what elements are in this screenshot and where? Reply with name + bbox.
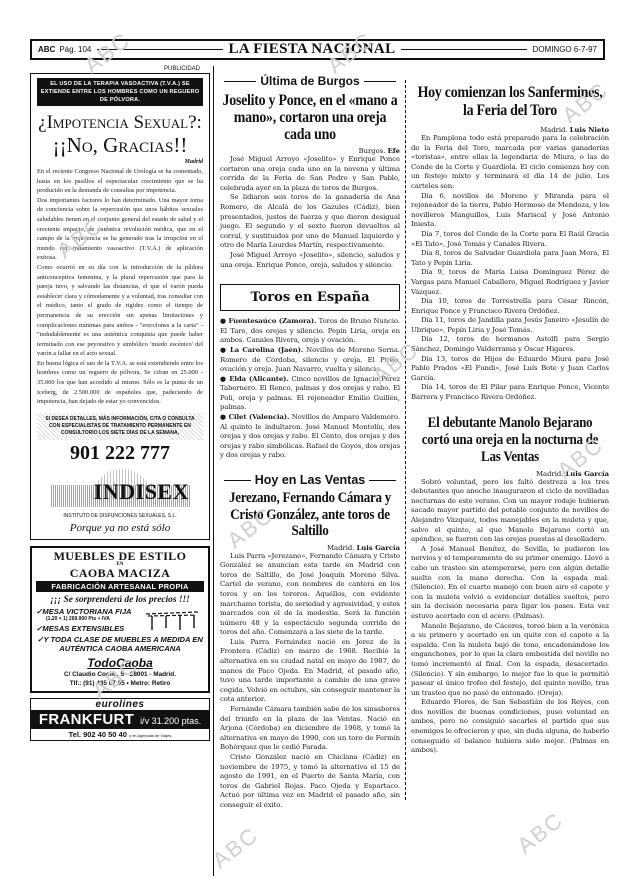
furniture-title-line1: MUEBLES DE ESTILO (36, 550, 204, 562)
eurolines-ad: eurolines FRANKFURT i/v 31.200 ptas. Tel… (30, 698, 210, 741)
ad-paragraph: En el reciente Congreso Nacional de Urol… (37, 167, 203, 196)
list-item-place: La Carolina (Jaén). (230, 346, 303, 354)
bejarano-body: Sobró voluntad, pero les faltó destreza … (411, 478, 609, 756)
ad-headline-line1: ¿Impotencia Sexual?: (37, 112, 203, 134)
page-reference: ABCPág. 104 (38, 45, 91, 54)
right-column: Hoy comienzan los Sanfermines, la Feria … (411, 84, 609, 756)
watermark: ABC (207, 822, 263, 874)
article-paragraph: Día 14, toros de El Pilar para Enrique P… (411, 383, 609, 402)
page-number: Pág. 104 (59, 45, 91, 54)
list-item-place: Fuentesaúco (Zamora). (228, 317, 316, 325)
list-item: ● La Carolina (Jaén). Novillos de Moreno… (220, 346, 400, 375)
kicker-rule (364, 81, 396, 82)
list-item: ● Cilet (Valencia). Novillos de Amparo V… (220, 413, 400, 461)
ad-slogan: Porque ya no está sólo (37, 522, 203, 534)
article-paragraph: José Miguel Arroyo «Joselito» y Enrique … (220, 155, 400, 193)
eurolines-logo: eurolines (31, 699, 209, 710)
sanfermines-headline: Hoy comienzan los Sanfermines, la Feria … (416, 84, 605, 120)
bejarano-byline: Madrid. Luis García (411, 470, 609, 478)
ventas-kicker: Hoy en Las Ventas (220, 473, 400, 487)
article-paragraph: José Miguel Arroyo «Joselito», silencio,… (220, 251, 400, 270)
furniture-brand: TodoCaoba (36, 656, 204, 670)
header-rule-right (401, 49, 526, 50)
article-paragraph: Día 8, toros de Salvador Guardiola para … (411, 249, 609, 268)
article-paragraph: Día 9, toros de María Luisa Domínguez Pé… (411, 268, 609, 297)
byline-agency: Efe (388, 147, 400, 155)
article-paragraph: Cristo González nació en Chiclana (Cádiz… (220, 753, 400, 811)
ad-paragraph: En buena lógica el uso de la T.V.A. se e… (37, 359, 203, 407)
article-paragraph: Día 12, toros de hermanos Astolfi para S… (411, 335, 609, 354)
list-item-place: Cilet (Valencia). (229, 413, 290, 421)
middle-column: Última de Burgos Joselito y Ponce, en el… (220, 74, 400, 811)
kicker-text: Hoy en Las Ventas (255, 473, 365, 487)
furniture-item-label: ✓MESAS EXTENSIBLES (36, 624, 124, 633)
byline-author: Luis García (357, 544, 400, 552)
article-paragraph: Sobró voluntad, pero les faltó destreza … (411, 478, 609, 545)
advertising-label: PUBLICIDAD (30, 66, 210, 72)
article-paragraph: Día 11, toros de Jandilla para Jesús Jan… (411, 316, 609, 335)
ad-headline-line2: ¡¡No, Gracias!! (37, 134, 203, 156)
travel-contact: Tel. 902 40 50 40 y en Agencias de Viaje… (31, 729, 209, 740)
ad-paragraph: Como ocurrió en su día con la introducci… (37, 263, 203, 359)
ventas-body: Luis Parra «Jerezano», Fernando Cámara y… (220, 552, 400, 811)
ad-banner: EL USO DE LA TERAPIA VASOACTIVA (T.V.A.)… (37, 78, 203, 106)
burgos-kicker: Última de Burgos (220, 74, 400, 88)
article-paragraph: Manolo Bejarano, de Cáceres, toreó bien … (411, 622, 609, 699)
article-paragraph: Luis Parra Fernández nació en Jerez de l… (220, 638, 400, 705)
impotence-ad: EL USO DE LA TERAPIA VASOACTIVA (T.V.A.)… (30, 73, 210, 540)
byline-city: Burgos. (359, 147, 386, 155)
article-paragraph: Luis Parra «Jerezano», Fernando Cámara y… (220, 552, 400, 638)
article-paragraph: Día 10, toros de Torrestrella para César… (411, 297, 609, 316)
travel-offer: FRANKFURT i/v 31.200 ptas. (31, 710, 209, 729)
ad-institute: INSTITUTO DE DISFUNCIONES SEXUALES, S.L. (37, 513, 203, 519)
travel-destination: FRANKFURT (39, 711, 134, 728)
travel-phone[interactable]: Tel. 902 40 50 40 (69, 730, 127, 739)
kicker-rule (224, 81, 256, 82)
byline-city: Madrid. (540, 126, 567, 134)
list-item-place: Elda (Alicante). (229, 375, 288, 383)
ad-brand-name: INDISEX (94, 479, 189, 505)
column-divider (405, 80, 406, 800)
furniture-subtitle: ¡¡¡ Se sorprenderá de los precios !!! (36, 595, 204, 605)
toros-espana-box: Toros en España (220, 284, 400, 311)
column-divider (213, 66, 214, 876)
kicker-rule (224, 480, 251, 481)
burgos-byline: Burgos. Efe (220, 147, 400, 155)
ad-body: En el reciente Congreso Nacional de Urol… (37, 167, 203, 407)
list-item: ● Fuentesaúco (Zamora). Toros de Bruno N… (220, 317, 400, 346)
furniture-address: C/ Claudio Coello, 5 • 28001 - Madrid. (36, 671, 204, 679)
ventas-headline: Jerezano, Fernando Cámara y Cristo Gonzá… (222, 490, 398, 540)
byline-author: Luis García (566, 470, 609, 478)
advertising-column: PUBLICIDAD EL USO DE LA TERAPIA VASOACTI… (30, 66, 210, 741)
article-paragraph: Día 7, toros del Conde de la Corte para … (411, 230, 609, 249)
ad-call-to-action: SI DESEA DETALLES, MÁS INFORMACIÓN, CITA… (37, 413, 203, 440)
article-paragraph: Día 13, toros de Hijos de Eduardo Miura … (411, 355, 609, 384)
article-paragraph: En Pamplona todo está preparado para la … (411, 134, 609, 192)
indisex-logo: INDISEX (37, 469, 203, 511)
issue-date: DOMINGO 6-7-97 (533, 45, 597, 54)
toros-espana-list: ● Fuentesaúco (Zamora). Toros de Bruno N… (220, 317, 400, 461)
section-title: LA FIESTA NACIONAL (229, 41, 396, 58)
kicker-text: Última de Burgos (260, 74, 359, 88)
travel-price: i/v 31.200 ptas. (140, 716, 201, 726)
byline-city: Madrid. (327, 544, 354, 552)
furniture-item-label: ✓MESA VICTORIANA FIJA (36, 607, 132, 616)
article-paragraph: Fernando Cámara también sabe de los sins… (220, 705, 400, 753)
byline-author: Luis Nieto (570, 126, 609, 134)
byline-city: Madrid. (536, 470, 563, 478)
burgos-body: José Miguel Arroyo «Joselito» y Enrique … (220, 155, 400, 270)
publication-name: ABC (38, 45, 55, 54)
ad-phone-number[interactable]: 901 222 777 (37, 442, 203, 465)
ventas-byline: Madrid. Luis García (220, 544, 400, 552)
travel-phone-note: y en Agencias de Viajes (129, 733, 171, 738)
table-illustration-icon (144, 610, 200, 632)
furniture-item-label: ✓Y TODA CLASE DE MUEBLES A MEDIDA EN AUT… (37, 635, 203, 653)
ad-headline: ¿Impotencia Sexual?: ¡¡No, Gracias!! (37, 112, 203, 156)
article-paragraph: Se lidiaron seis toros de la ganadería d… (220, 193, 400, 251)
article-paragraph: Día 6, novillos de Moreno y Miranda para… (411, 192, 609, 230)
article-paragraph: Eduardo Flores, de San Sebastián de los … (411, 698, 609, 756)
furniture-ad: MUEBLES DE ESTILO EN CAOBA MACIZA FABRIC… (30, 546, 210, 693)
burgos-headline: Joselito y Ponce, en el «mano a mano», c… (222, 92, 398, 143)
furniture-contact[interactable]: Tlf.: (91) 435 07 05 • Metro: Retiro (36, 680, 204, 688)
sanfermines-byline: Madrid. Luis Nieto (411, 126, 609, 134)
sanfermines-body: En Pamplona todo está preparado para la … (411, 134, 609, 403)
kicker-rule (369, 480, 396, 481)
list-item: ● Elda (Alicante). Cinco novillos de Ign… (220, 375, 400, 413)
furniture-banner: FABRICACIÓN ARTESANAL PROPIA (36, 581, 204, 592)
watermark: ABC (512, 807, 568, 859)
page-header: ABCPág. 104 LA FIESTA NACIONAL DOMINGO 6… (30, 39, 605, 60)
header-rule-left (97, 49, 222, 50)
furniture-item: ✓Y TODA CLASE DE MUEBLES A MEDIDA EN AUT… (36, 635, 204, 653)
article-paragraph: A José Manuel Benítez, de Sevilla, le pu… (411, 545, 609, 622)
ad-dateline: Madrid (37, 159, 203, 165)
ad-paragraph: Dos importantes factores lo han determin… (37, 196, 203, 263)
bejarano-headline: El debutante Manolo Bejarano cortó una o… (414, 415, 607, 466)
furniture-title-line2: CAOBA MACIZA (36, 567, 204, 579)
